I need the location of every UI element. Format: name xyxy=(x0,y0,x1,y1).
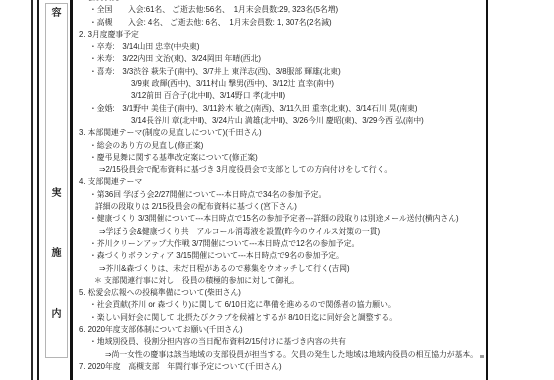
text-line: ・第36回 学ぼう会2/27開催について---本日時点で34名の参加予定。 xyxy=(73,189,485,201)
row-header-char: 実 xyxy=(46,184,67,199)
scan-artifact-dot xyxy=(480,355,484,358)
text-line: ・金婚: 3/1野中 美佳子(南中)、3/11鈴木 敏之(南西)、3/11久田 … xyxy=(73,103,485,115)
text-line: 4. 支部関連テーマ xyxy=(73,176,485,188)
text-line: ・慶弔見舞に関する基準改定案について(修正案) xyxy=(73,152,485,164)
content-right-rule xyxy=(486,0,488,380)
row-header-char: 容 xyxy=(46,4,67,19)
text-line: ・健康づくり 3/3開催について---本日時点で15名の参加予定者---詳細の段… xyxy=(73,213,485,225)
text-line: ⇒尚一女性の慶事は該当地域の支部役員が担当する。欠員の発生した地域は地域内役員の… xyxy=(73,349,485,361)
text-line: 3/9東 政輝(西中)、3/11村山 撃男(西中)、3/12辻 直幸(南中) xyxy=(73,78,485,90)
text-line: ・卒寿: 3/14山田 忠幸(中央東) xyxy=(73,41,485,53)
text-line: 6. 2020年度支部体制についてお願い(千田さん) xyxy=(73,324,485,336)
text-line: ⇒学ぼう会&健康づくり共 アルコール消毒液を設置(昨今のウイルス対策の一貫) xyxy=(73,226,485,238)
text-line: 3/14長谷川 章(北中Ⅱ)、3/24片山 満雄(北中Ⅱ)、3/26今川 慶昭(… xyxy=(73,115,485,127)
row-header-char: 内 xyxy=(46,305,67,320)
left-outer-rule-2 xyxy=(37,0,39,380)
scanned-minutes-page: 実施内容 実施内容 1. 会員状況・全国 入会:61名、 ご逝去他:56名、 1… xyxy=(0,0,554,380)
row-header-char: 施 xyxy=(46,244,67,259)
text-line: ・地域別役員、役割分担内容の当日配布資料2/15付けに基づき内容の共有 xyxy=(73,336,485,348)
text-line: 詳細の段取りは 2/15役員会の配布資料に基づく(宮下さん) xyxy=(73,201,485,213)
text-line: ⇒2/15役員会で配布資料に基づき 3月度役員会で支部としての方向付けをして行く… xyxy=(73,164,485,176)
text-line: ・全国 入会:61名、 ご逝去他:56名、 1月末会員数:29, 323名(5名… xyxy=(73,4,485,16)
text-line: 3. 本部関連テーマ(制度の見直しについて)(千田さん) xyxy=(73,127,485,139)
content-area: 1. 会員状況・全国 入会:61名、 ご逝去他:56名、 1月末会員数:29, … xyxy=(73,0,485,380)
text-line: 2. 3月度慶事予定 xyxy=(73,29,485,41)
text-line: ・芥川クリーンアップ大作戦 3/7開催について---本日時点で12名の参加予定。 xyxy=(73,238,485,250)
left-outer-rule-1 xyxy=(31,0,33,380)
text-line: ＊ 支部関連行事に対し 役員の積極的参加に対して御礼。 xyxy=(73,275,485,287)
text-line: ・喜寿: 3/3渋谷 萩朱子(南中)、3/7井上 東洋志(西)、3/8服部 輝雄… xyxy=(73,66,485,78)
text-line: ・高槻 入会: 4名、 ご逝去他: 6名、 1月末会員数: 1, 307名(2名… xyxy=(73,17,485,29)
text-line: 3/12前田 百合子(北中Ⅱ)、3/14野口 孝(北中Ⅱ) xyxy=(73,90,485,102)
text-line: ・社会貢献(芥川 or 森づくり)に関して 6/10日迄に準備を進めるので関係者… xyxy=(73,299,485,311)
text-line: ⇒芥川&森づくりは、未だ日程があるので募集をウオッチして行く(吉岡) xyxy=(73,263,485,275)
row-header-cell: 実施内容 実施内容 xyxy=(45,3,68,358)
text-line: 7. 2020年度 高槻支部 年間行事予定について(千田さん) xyxy=(73,361,485,373)
text-line: ・米寿: 3/22内田 文治(東)、3/24岡田 年晴(西北) xyxy=(73,53,485,65)
text-line: ・森づくりボランティア 3/15開催について---本日時点で9名の参加予定。 xyxy=(73,250,485,262)
text-line: 5. 松愛会広報への投稿準備について(柴田さん) xyxy=(73,287,485,299)
text-line: ・総会のあり方の見直し(修正案) xyxy=(73,140,485,152)
text-line: ・楽しい同好会に関して 北摂たびクラブを候補とするが 8/10日迄に同好会と調整… xyxy=(73,312,485,324)
